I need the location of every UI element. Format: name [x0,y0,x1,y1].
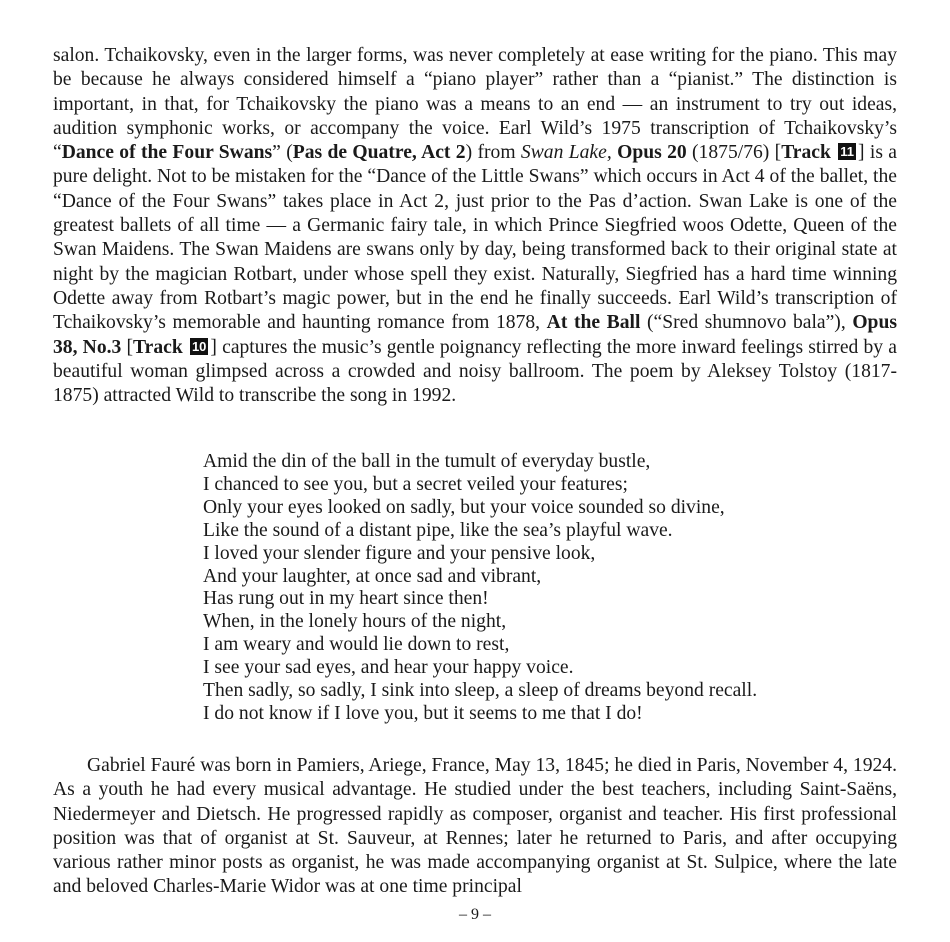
paragraph-faure-container: Gabriel Fauré was born in Pamiers, Arieg… [53,754,897,900]
track-label: Track [781,142,831,163]
track-number-badge: 10 [190,338,208,355]
poem-line: I loved your slender figure and your pen… [203,543,757,566]
document-page: salon. Tchaikovsky, even in the larger f… [53,44,897,408]
track-number-badge: 11 [838,143,856,160]
poem-line: Like the sound of a distant pipe, like t… [203,520,757,543]
poem-line: And your laughter, at once sad and vibra… [203,566,757,589]
opus-number: Opus 20 [617,142,687,163]
text-run: ) from [466,142,521,163]
text-run: ” ( [272,142,293,163]
poem-block: Amid the din of the ball in the tumult o… [203,451,757,726]
text-run: ] is a pure delight. Not to be mistaken … [53,142,897,333]
ballet-title: Swan Lake, [521,142,612,163]
track-label: Track [133,337,183,358]
page-number: – 9 – [0,906,950,924]
paragraph-tchaikovsky: salon. Tchaikovsky, even in the larger f… [53,44,897,408]
poem-line: I am weary and would lie down to rest, [203,634,757,657]
text-run: (“Sred shumnovo bala”), [640,312,852,333]
work-subtitle: Pas de Quatre, Act 2 [293,142,466,163]
poem-line: I chanced to see you, but a secret veile… [203,474,757,497]
poem-line: When, in the lonely hours of the night, [203,611,757,634]
text-run: (1875/76) [ [687,142,782,163]
poem-line: Has rung out in my heart since then! [203,588,757,611]
text-run: [ [121,337,133,358]
work-title: Dance of the Four Swans [62,142,272,163]
poem-line: Amid the din of the ball in the tumult o… [203,451,757,474]
poem-line: I see your sad eyes, and hear your happy… [203,657,757,680]
work-title: At the Ball [547,312,641,333]
paragraph-faure: Gabriel Fauré was born in Pamiers, Arieg… [53,754,897,900]
poem-line: Only your eyes looked on sadly, but your… [203,497,757,520]
poem-line: I do not know if I love you, but it seem… [203,703,757,726]
poem-line: Then sadly, so sadly, I sink into sleep,… [203,680,757,703]
